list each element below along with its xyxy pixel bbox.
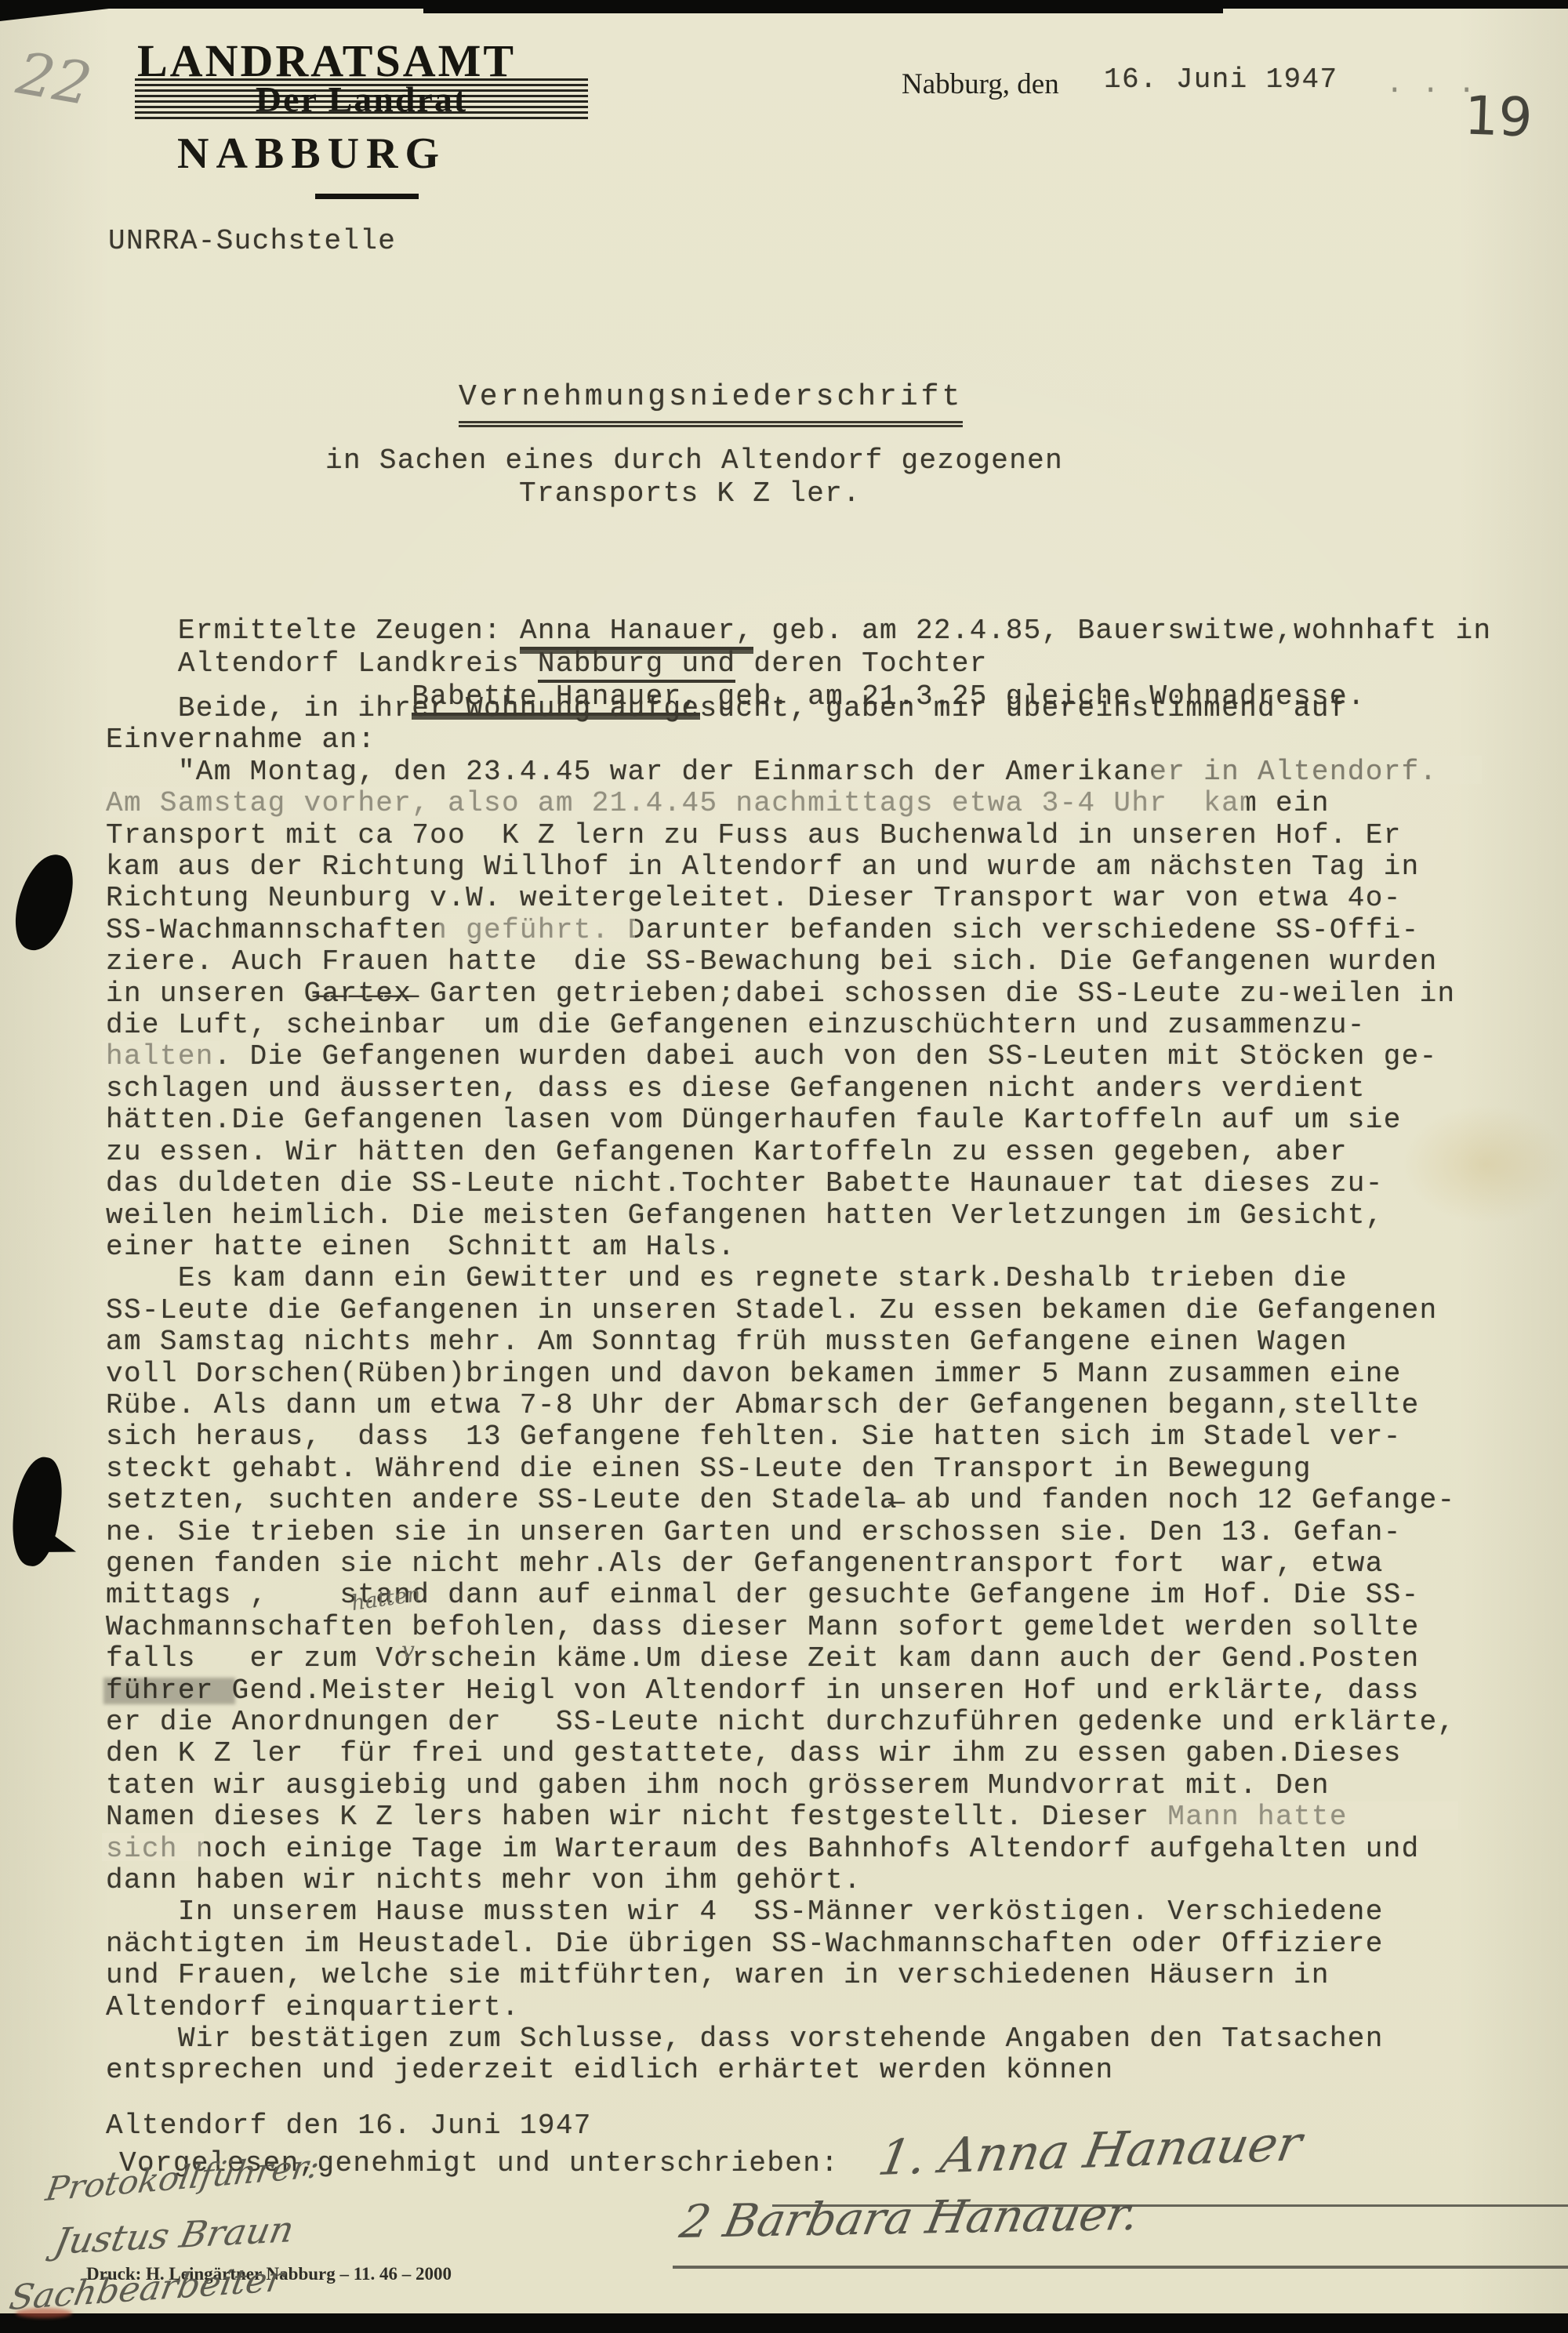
signature-1: 1. Anna Hanauer xyxy=(874,2114,1306,2186)
doc-title: Vernehmungsniederschrift xyxy=(459,382,963,413)
dateline-dots: . . . xyxy=(1386,69,1476,100)
body-text: Beide, in ihrer Wohnung aufgesucht, gabe… xyxy=(106,693,1456,2087)
letterhead-dash xyxy=(315,194,419,199)
ink-blob-1 xyxy=(8,848,81,956)
closing-place-date: Altendorf den 16. Juni 1947 xyxy=(106,2110,592,2142)
letterhead-nabburg: NABBURG xyxy=(177,129,446,179)
signature-2: 2 Barbara Hanauer. xyxy=(676,2187,1144,2248)
letterhead-der-landrat: Der Landrat xyxy=(135,77,588,122)
dateline-date: 16. Juni 1947 xyxy=(1104,64,1338,96)
ink-blob-2-tail xyxy=(46,1534,79,1561)
doc-title-text: Vernehmungsniederschrift xyxy=(459,380,963,427)
doc-subtitle-1: in Sachen eines durch Altendorf gezogene… xyxy=(325,445,1063,477)
insertion-caret-icon: v xyxy=(401,1637,415,1664)
office-line: UNRRA-Suchstelle xyxy=(108,226,396,257)
scan-edge-bottom xyxy=(0,2313,1568,2333)
strike-lines xyxy=(135,78,588,121)
recorder-signature: Justus Braun xyxy=(51,2208,298,2262)
margin-number: 22 xyxy=(12,39,96,118)
doc-subtitle-2: Transports K Z ler. xyxy=(519,478,861,510)
document-scan-page: LANDRATSAMT Der Landrat NABBURG 22 19 Na… xyxy=(0,0,1568,2333)
scan-edge-top-thick xyxy=(423,0,1223,13)
dateline-place-label: Nabburg, den xyxy=(902,67,1059,101)
signature-2-underline xyxy=(673,2266,1568,2269)
